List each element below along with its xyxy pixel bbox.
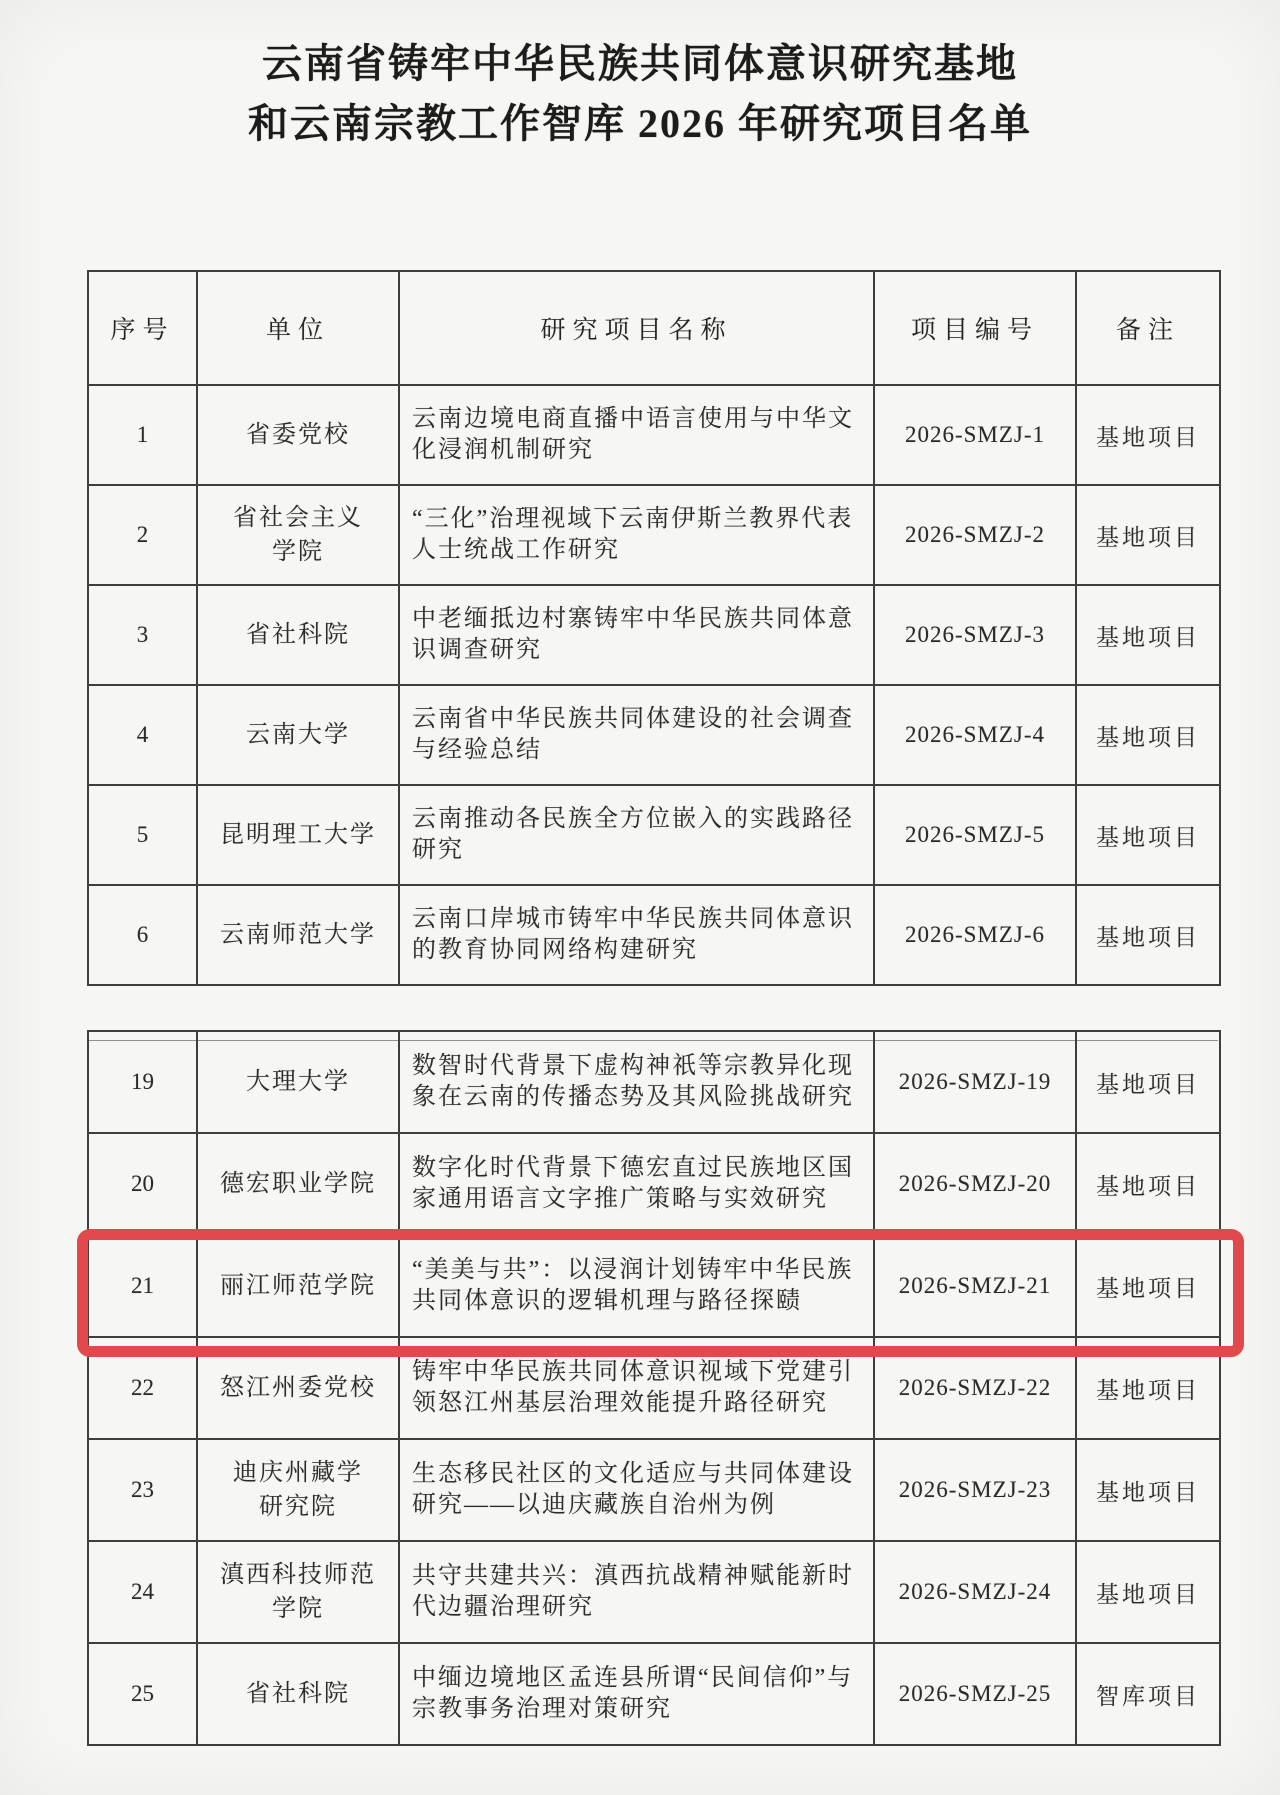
cell-unit: 大理大学	[197, 1031, 399, 1133]
cell-serial: 25	[88, 1643, 197, 1745]
scanned-document-page: 云南省铸牢中华民族共同体意识研究基地 和云南宗教工作智库 2026 年研究项目名…	[0, 0, 1280, 1795]
cell-note: 智库项目	[1076, 1643, 1220, 1745]
cell-project-title: 云南推动各民族全方位嵌入的实践路径研究	[399, 785, 874, 885]
cell-note: 基地项目	[1076, 585, 1220, 685]
cell-unit: 迪庆州藏学 研究院	[197, 1439, 399, 1541]
cell-project-title: 云南边境电商直播中语言使用与中华文化浸润机制研究	[399, 385, 874, 485]
table-row: 2省社会主义 学院“三化”治理视域下云南伊斯兰教界代表人士统战工作研究2026-…	[88, 485, 1220, 585]
cell-unit: 省社科院	[197, 585, 399, 685]
cell-project-title: “三化”治理视域下云南伊斯兰教界代表人士统战工作研究	[399, 485, 874, 585]
table-row: 3省社科院中老缅抵边村寨铸牢中华民族共同体意识调查研究2026-SMZJ-3基地…	[88, 585, 1220, 685]
table-row: 24滇西科技师范 学院共守共建共兴：滇西抗战精神赋能新时代边疆治理研究2026-…	[88, 1541, 1220, 1643]
cell-note: 基地项目	[1076, 685, 1220, 785]
cell-project-code: 2026-SMZJ-4	[874, 685, 1076, 785]
page-title-line-1: 云南省铸牢中华民族共同体意识研究基地	[0, 34, 1280, 94]
cell-unit: 德宏职业学院	[197, 1133, 399, 1235]
cell-serial: 4	[88, 685, 197, 785]
cell-serial: 19	[88, 1031, 197, 1133]
highlight-annotation-box	[77, 1229, 1244, 1357]
table-header-row: 序号 单位 研究项目名称 项目编号 备注	[88, 271, 1220, 385]
cell-project-code: 2026-SMZJ-3	[874, 585, 1076, 685]
cell-unit: 云南大学	[197, 685, 399, 785]
cell-project-title: 共守共建共兴：滇西抗战精神赋能新时代边疆治理研究	[399, 1541, 874, 1643]
cell-project-title: 云南省中华民族共同体建设的社会调查与经验总结	[399, 685, 874, 785]
scan-double-line	[88, 1040, 1218, 1041]
cell-project-title: 云南口岸城市铸牢中华民族共同体意识的教育协同网络构建研究	[399, 885, 874, 985]
cell-note: 基地项目	[1076, 385, 1220, 485]
cell-serial: 1	[88, 385, 197, 485]
cell-note: 基地项目	[1076, 1541, 1220, 1643]
cell-project-code: 2026-SMZJ-19	[874, 1031, 1076, 1133]
cell-project-code: 2026-SMZJ-24	[874, 1541, 1076, 1643]
cell-serial: 6	[88, 885, 197, 985]
header-cell-serial: 序号	[88, 271, 197, 385]
cell-note: 基地项目	[1076, 885, 1220, 985]
page-title: 云南省铸牢中华民族共同体意识研究基地 和云南宗教工作智库 2026 年研究项目名…	[0, 34, 1280, 154]
table-row: 25省社科院中缅边境地区孟连县所谓“民间信仰”与宗教事务治理对策研究2026-S…	[88, 1643, 1220, 1745]
table-row: 6云南师范大学云南口岸城市铸牢中华民族共同体意识的教育协同网络构建研究2026-…	[88, 885, 1220, 985]
cell-project-title: 数字化时代背景下德宏直过民族地区国家通用语言文字推广策略与实效研究	[399, 1133, 874, 1235]
cell-project-title: 生态移民社区的文化适应与共同体建设研究——以迪庆藏族自治州为例	[399, 1439, 874, 1541]
cell-project-code: 2026-SMZJ-1	[874, 385, 1076, 485]
table-row: 1省委党校云南边境电商直播中语言使用与中华文化浸润机制研究2026-SMZJ-1…	[88, 385, 1220, 485]
cell-project-title: 中老缅抵边村寨铸牢中华民族共同体意识调查研究	[399, 585, 874, 685]
table-row: 23迪庆州藏学 研究院生态移民社区的文化适应与共同体建设研究——以迪庆藏族自治州…	[88, 1439, 1220, 1541]
cell-project-code: 2026-SMZJ-2	[874, 485, 1076, 585]
cell-unit: 省委党校	[197, 385, 399, 485]
page-title-line-2: 和云南宗教工作智库 2026 年研究项目名单	[0, 94, 1280, 154]
header-cell-note: 备注	[1076, 271, 1220, 385]
cell-note: 基地项目	[1076, 785, 1220, 885]
table-row: 20德宏职业学院数字化时代背景下德宏直过民族地区国家通用语言文字推广策略与实效研…	[88, 1133, 1220, 1235]
projects-table-upper: 序号 单位 研究项目名称 项目编号 备注 1省委党校云南边境电商直播中语言使用与…	[87, 270, 1221, 986]
cell-project-title: 中缅边境地区孟连县所谓“民间信仰”与宗教事务治理对策研究	[399, 1643, 874, 1745]
cell-project-title: 数智时代背景下虚构神祇等宗教异化现象在云南的传播态势及其风险挑战研究	[399, 1031, 874, 1133]
projects-table-lower: 19大理大学数智时代背景下虚构神祇等宗教异化现象在云南的传播态势及其风险挑战研究…	[87, 1030, 1221, 1746]
cell-project-code: 2026-SMZJ-20	[874, 1133, 1076, 1235]
cell-unit: 省社会主义 学院	[197, 485, 399, 585]
cell-serial: 23	[88, 1439, 197, 1541]
cell-note: 基地项目	[1076, 1031, 1220, 1133]
table-row: 4云南大学云南省中华民族共同体建设的社会调查与经验总结2026-SMZJ-4基地…	[88, 685, 1220, 785]
cell-serial: 24	[88, 1541, 197, 1643]
cell-serial: 2	[88, 485, 197, 585]
cell-project-code: 2026-SMZJ-23	[874, 1439, 1076, 1541]
cell-serial: 20	[88, 1133, 197, 1235]
cell-note: 基地项目	[1076, 1133, 1220, 1235]
header-cell-project: 研究项目名称	[399, 271, 874, 385]
cell-serial: 5	[88, 785, 197, 885]
cell-unit: 省社科院	[197, 1643, 399, 1745]
cell-project-code: 2026-SMZJ-25	[874, 1643, 1076, 1745]
cell-project-code: 2026-SMZJ-6	[874, 885, 1076, 985]
cell-unit: 滇西科技师范 学院	[197, 1541, 399, 1643]
cell-unit: 昆明理工大学	[197, 785, 399, 885]
cell-unit: 云南师范大学	[197, 885, 399, 985]
header-cell-code: 项目编号	[874, 271, 1076, 385]
table-row: 19大理大学数智时代背景下虚构神祇等宗教异化现象在云南的传播态势及其风险挑战研究…	[88, 1031, 1220, 1133]
cell-serial: 3	[88, 585, 197, 685]
table-row: 5昆明理工大学云南推动各民族全方位嵌入的实践路径研究2026-SMZJ-5基地项…	[88, 785, 1220, 885]
header-cell-unit: 单位	[197, 271, 399, 385]
cell-note: 基地项目	[1076, 485, 1220, 585]
cell-project-code: 2026-SMZJ-5	[874, 785, 1076, 885]
cell-note: 基地项目	[1076, 1439, 1220, 1541]
